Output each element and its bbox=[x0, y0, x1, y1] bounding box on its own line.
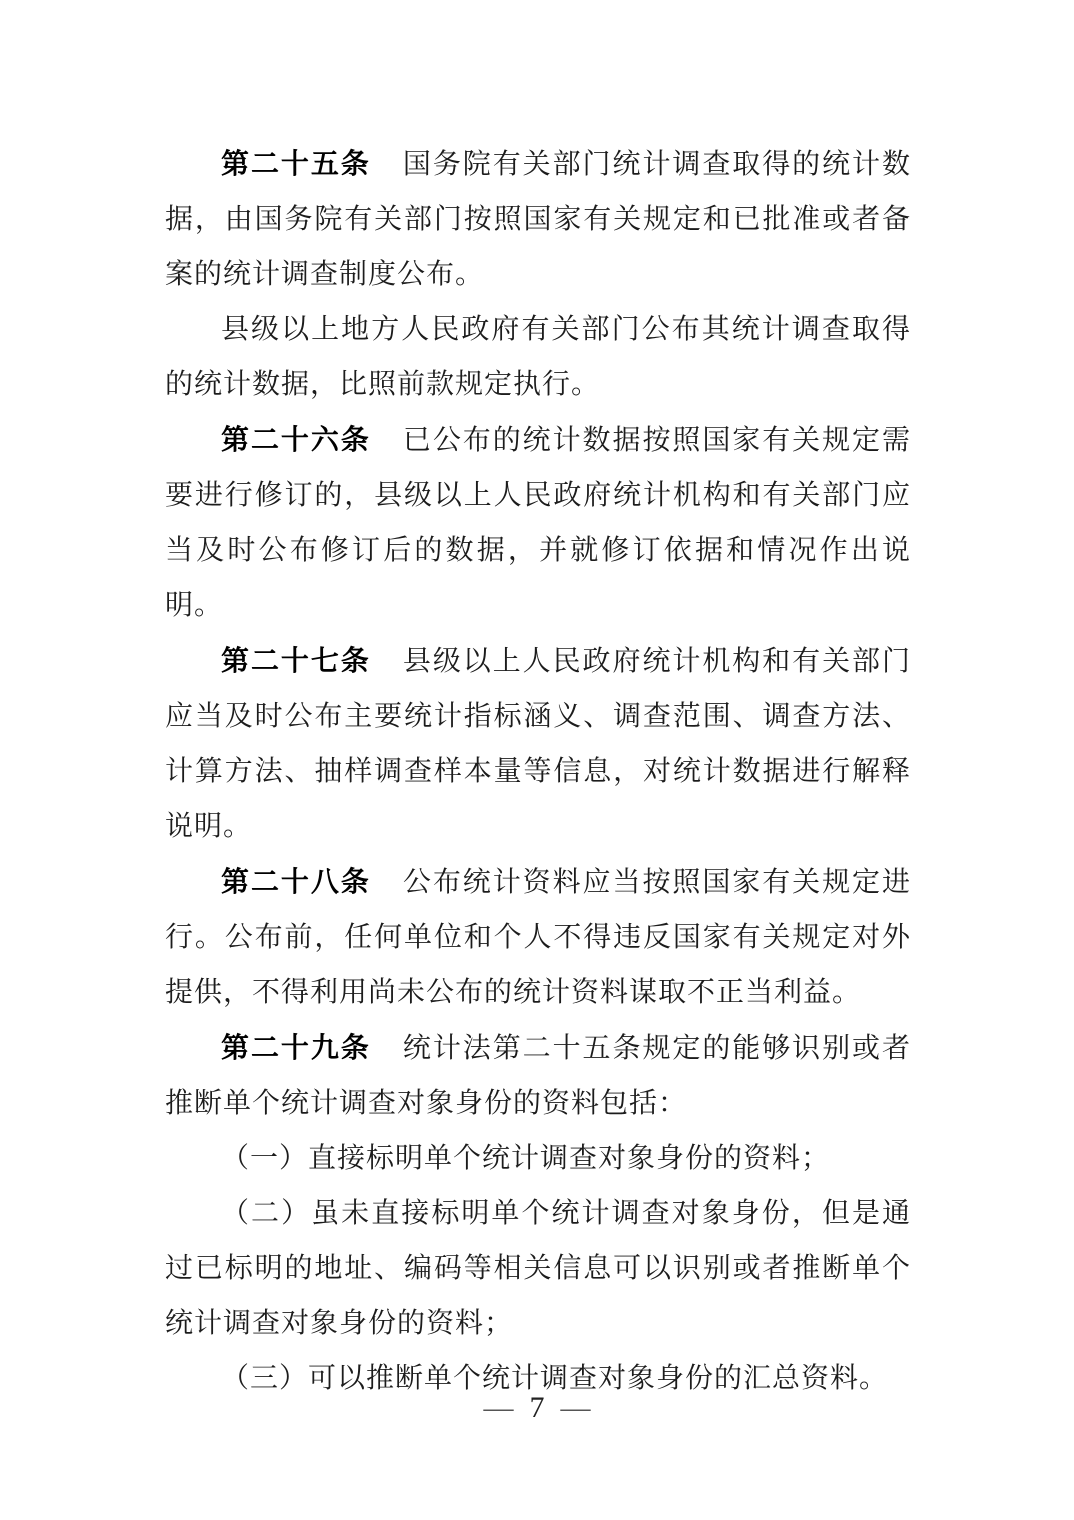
article-number: 第二十五条 bbox=[221, 148, 371, 179]
article-number: 第二十八条 bbox=[221, 866, 371, 897]
paragraph: 第二十九条统计法第二十五条规定的能够识别或者推断单个统计调查对象身份的资料包括： bbox=[165, 1020, 911, 1131]
article-number: 第二十七条 bbox=[221, 645, 371, 676]
paragraph: （一）直接标明单个统计调查对象身份的资料； bbox=[165, 1131, 911, 1186]
paragraph: 第二十八条公布统计资料应当按照国家有关规定进行。公布前，任何单位和个人不得违反国… bbox=[165, 854, 911, 1020]
footer-dash-right: — bbox=[561, 1391, 591, 1424]
paragraph: 县级以上地方人民政府有关部门公布其统计调查取得的统计数据，比照前款规定执行。 bbox=[165, 302, 911, 412]
paragraph-text: （二）虽未直接标明单个统计调查对象身份，但是通过已标明的地址、编码等相关信息可以… bbox=[165, 1198, 911, 1339]
article-number: 第二十六条 bbox=[221, 424, 371, 455]
paragraph-text: （一）直接标明单个统计调查对象身份的资料； bbox=[221, 1143, 830, 1174]
article-number: 第二十九条 bbox=[221, 1032, 371, 1063]
document-body: 第二十五条国务院有关部门统计调查取得的统计数据，由国务院有关部门按照国家有关规定… bbox=[165, 136, 911, 1406]
footer-dash-left: — bbox=[484, 1391, 514, 1424]
page-number: 7 bbox=[530, 1391, 545, 1424]
paragraph: 第二十六条已公布的统计数据按照国家有关规定需要进行修订的，县级以上人民政府统计机… bbox=[165, 412, 911, 633]
paragraph: 第二十五条国务院有关部门统计调查取得的统计数据，由国务院有关部门按照国家有关规定… bbox=[165, 136, 911, 302]
paragraph: 第二十七条县级以上人民政府统计机构和有关部门应当及时公布主要统计指标涵义、调查范… bbox=[165, 633, 911, 854]
paragraph-text: 县级以上地方人民政府有关部门公布其统计调查取得的统计数据，比照前款规定执行。 bbox=[165, 314, 911, 400]
page-footer: —7— bbox=[0, 1390, 1074, 1426]
paragraph: （二）虽未直接标明单个统计调查对象身份，但是通过已标明的地址、编码等相关信息可以… bbox=[165, 1186, 911, 1351]
document-page: 第二十五条国务院有关部门统计调查取得的统计数据，由国务院有关部门按照国家有关规定… bbox=[0, 0, 1074, 1520]
